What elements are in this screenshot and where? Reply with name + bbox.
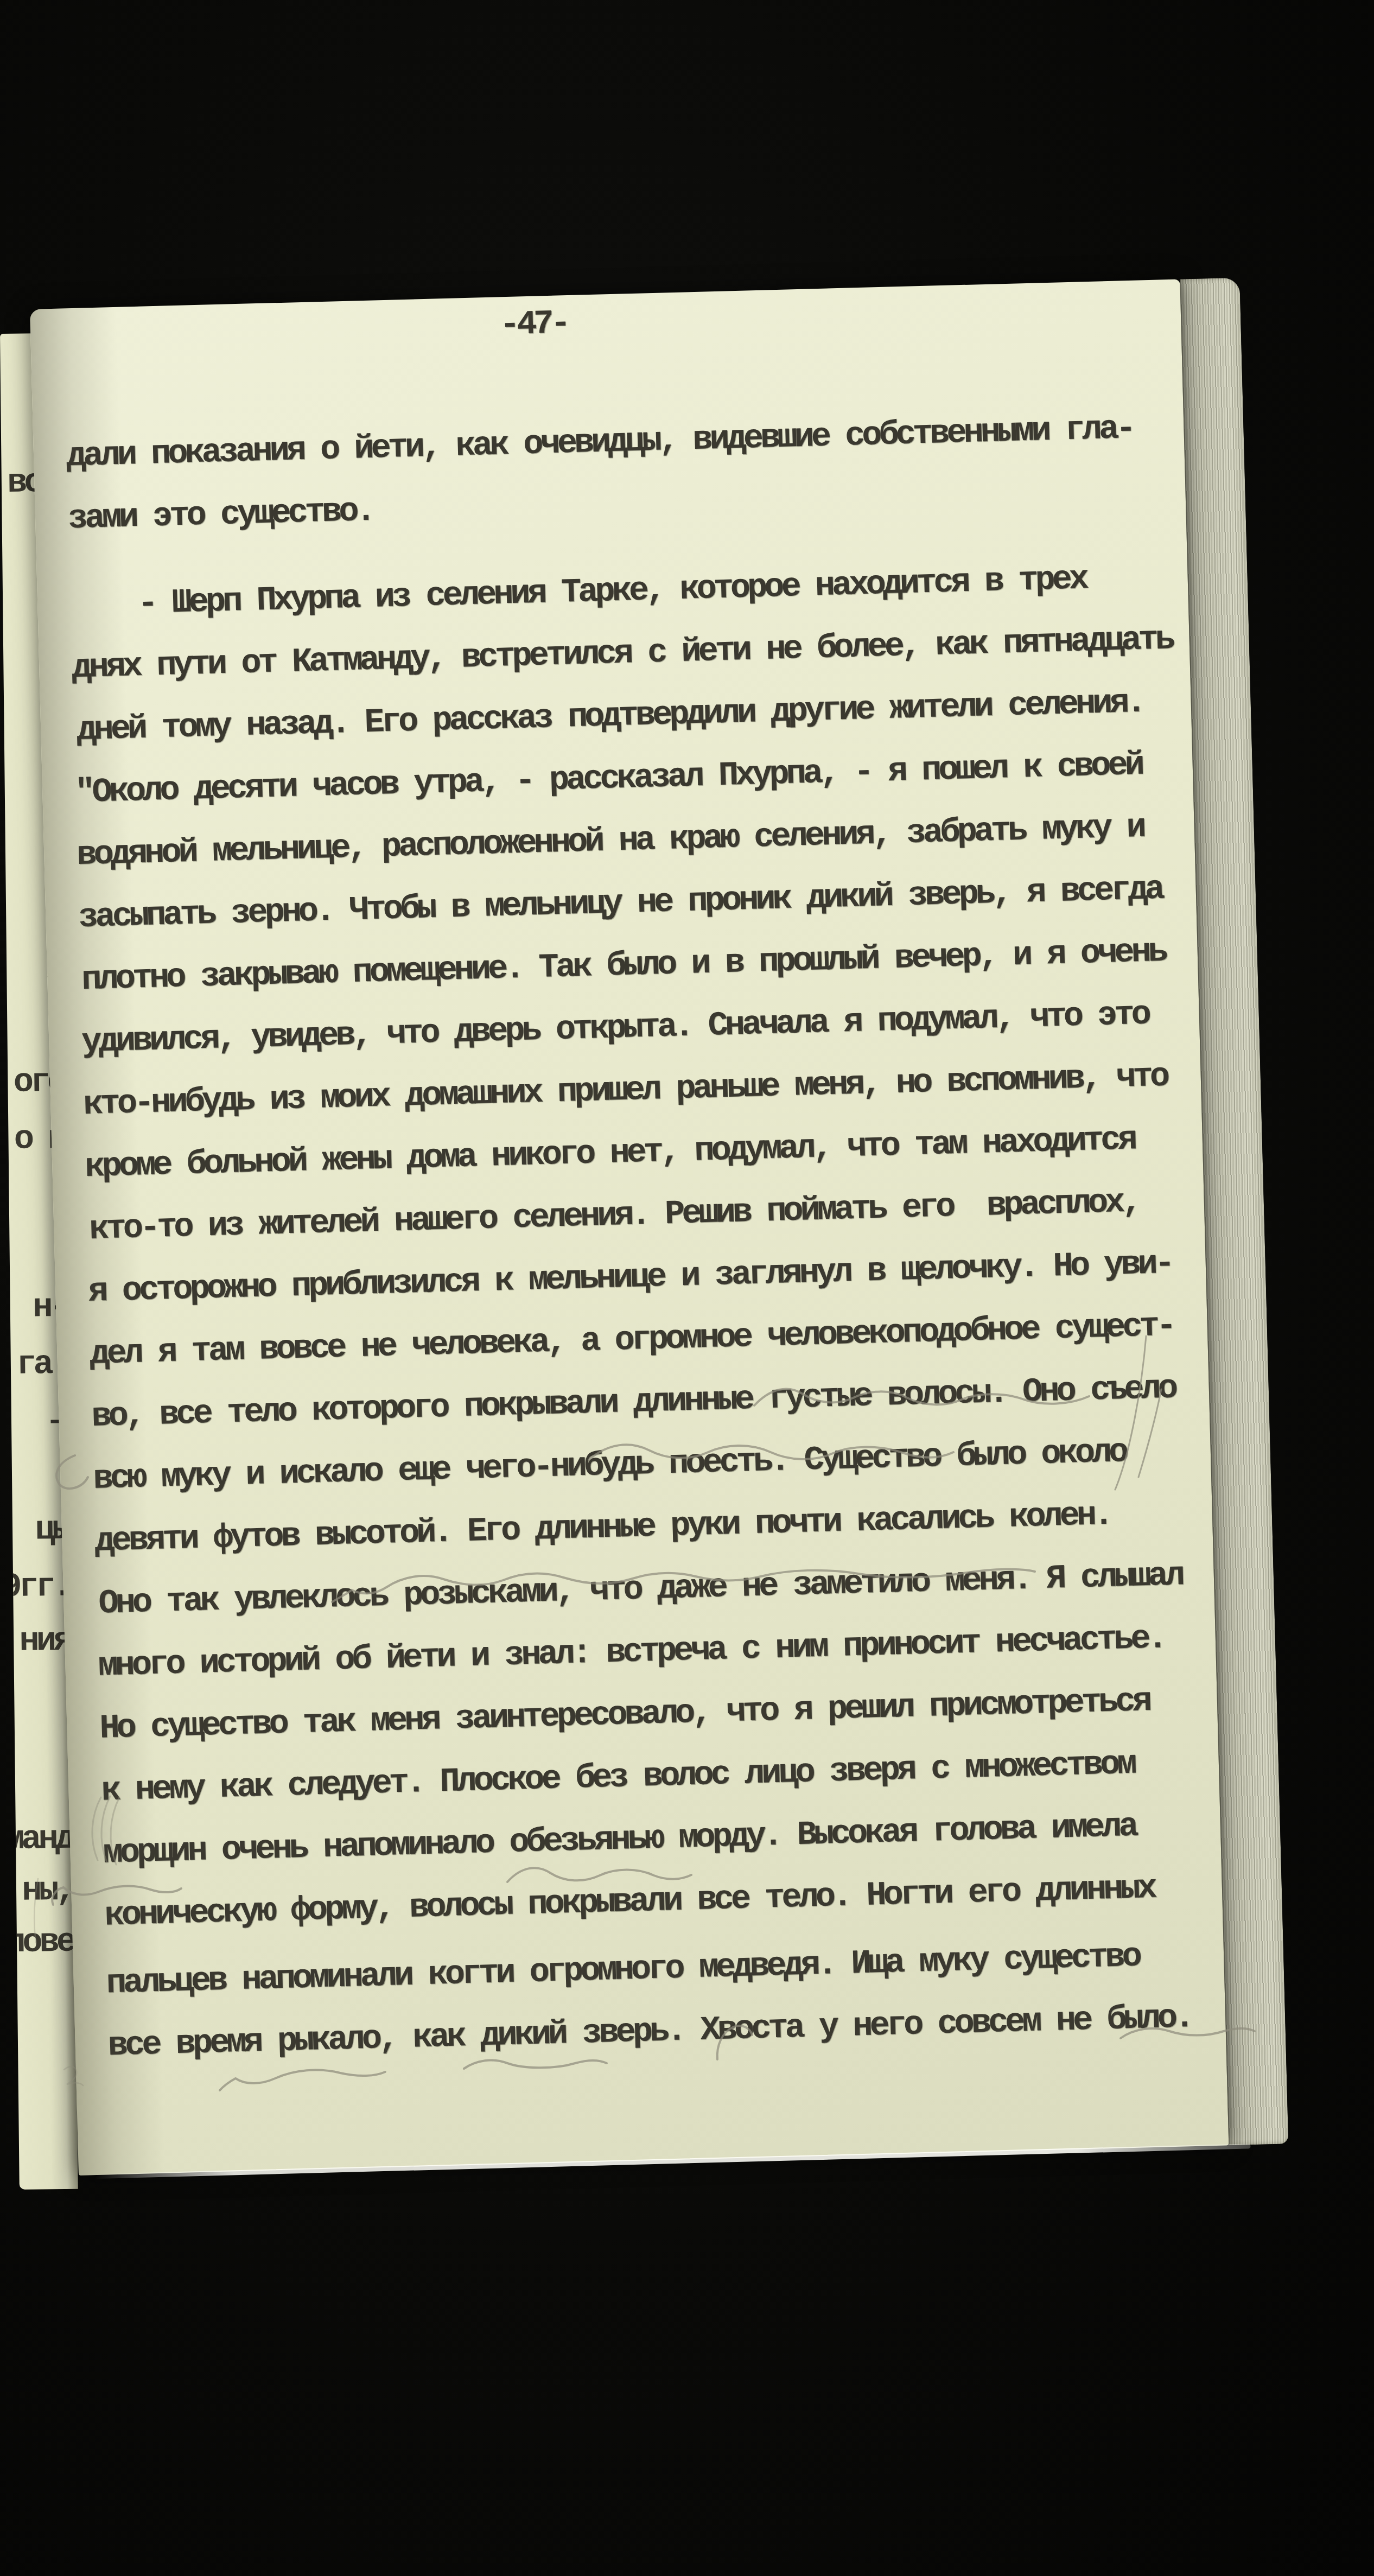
- left-page-text-fragment: тманд: [0, 1820, 72, 1859]
- typewritten-text: дали показания о йети, как очевидцы, вид…: [30, 279, 1226, 2078]
- photo-background: во, ь х ого о и н- га. — цы 39гг. ния тм…: [0, 0, 1374, 2576]
- left-page-text-fragment: елове: [0, 1923, 73, 1962]
- left-page-text-fragment: ния: [19, 1622, 70, 1661]
- page-surface: дали показания о йети, как очевидцы, вид…: [30, 279, 1229, 2176]
- right-page: дали показания о йети, как очевидцы, вид…: [30, 278, 1288, 2176]
- left-page-text-fragment: 39гг.: [0, 1568, 70, 1607]
- left-page-text-fragment: ны,: [22, 1872, 73, 1910]
